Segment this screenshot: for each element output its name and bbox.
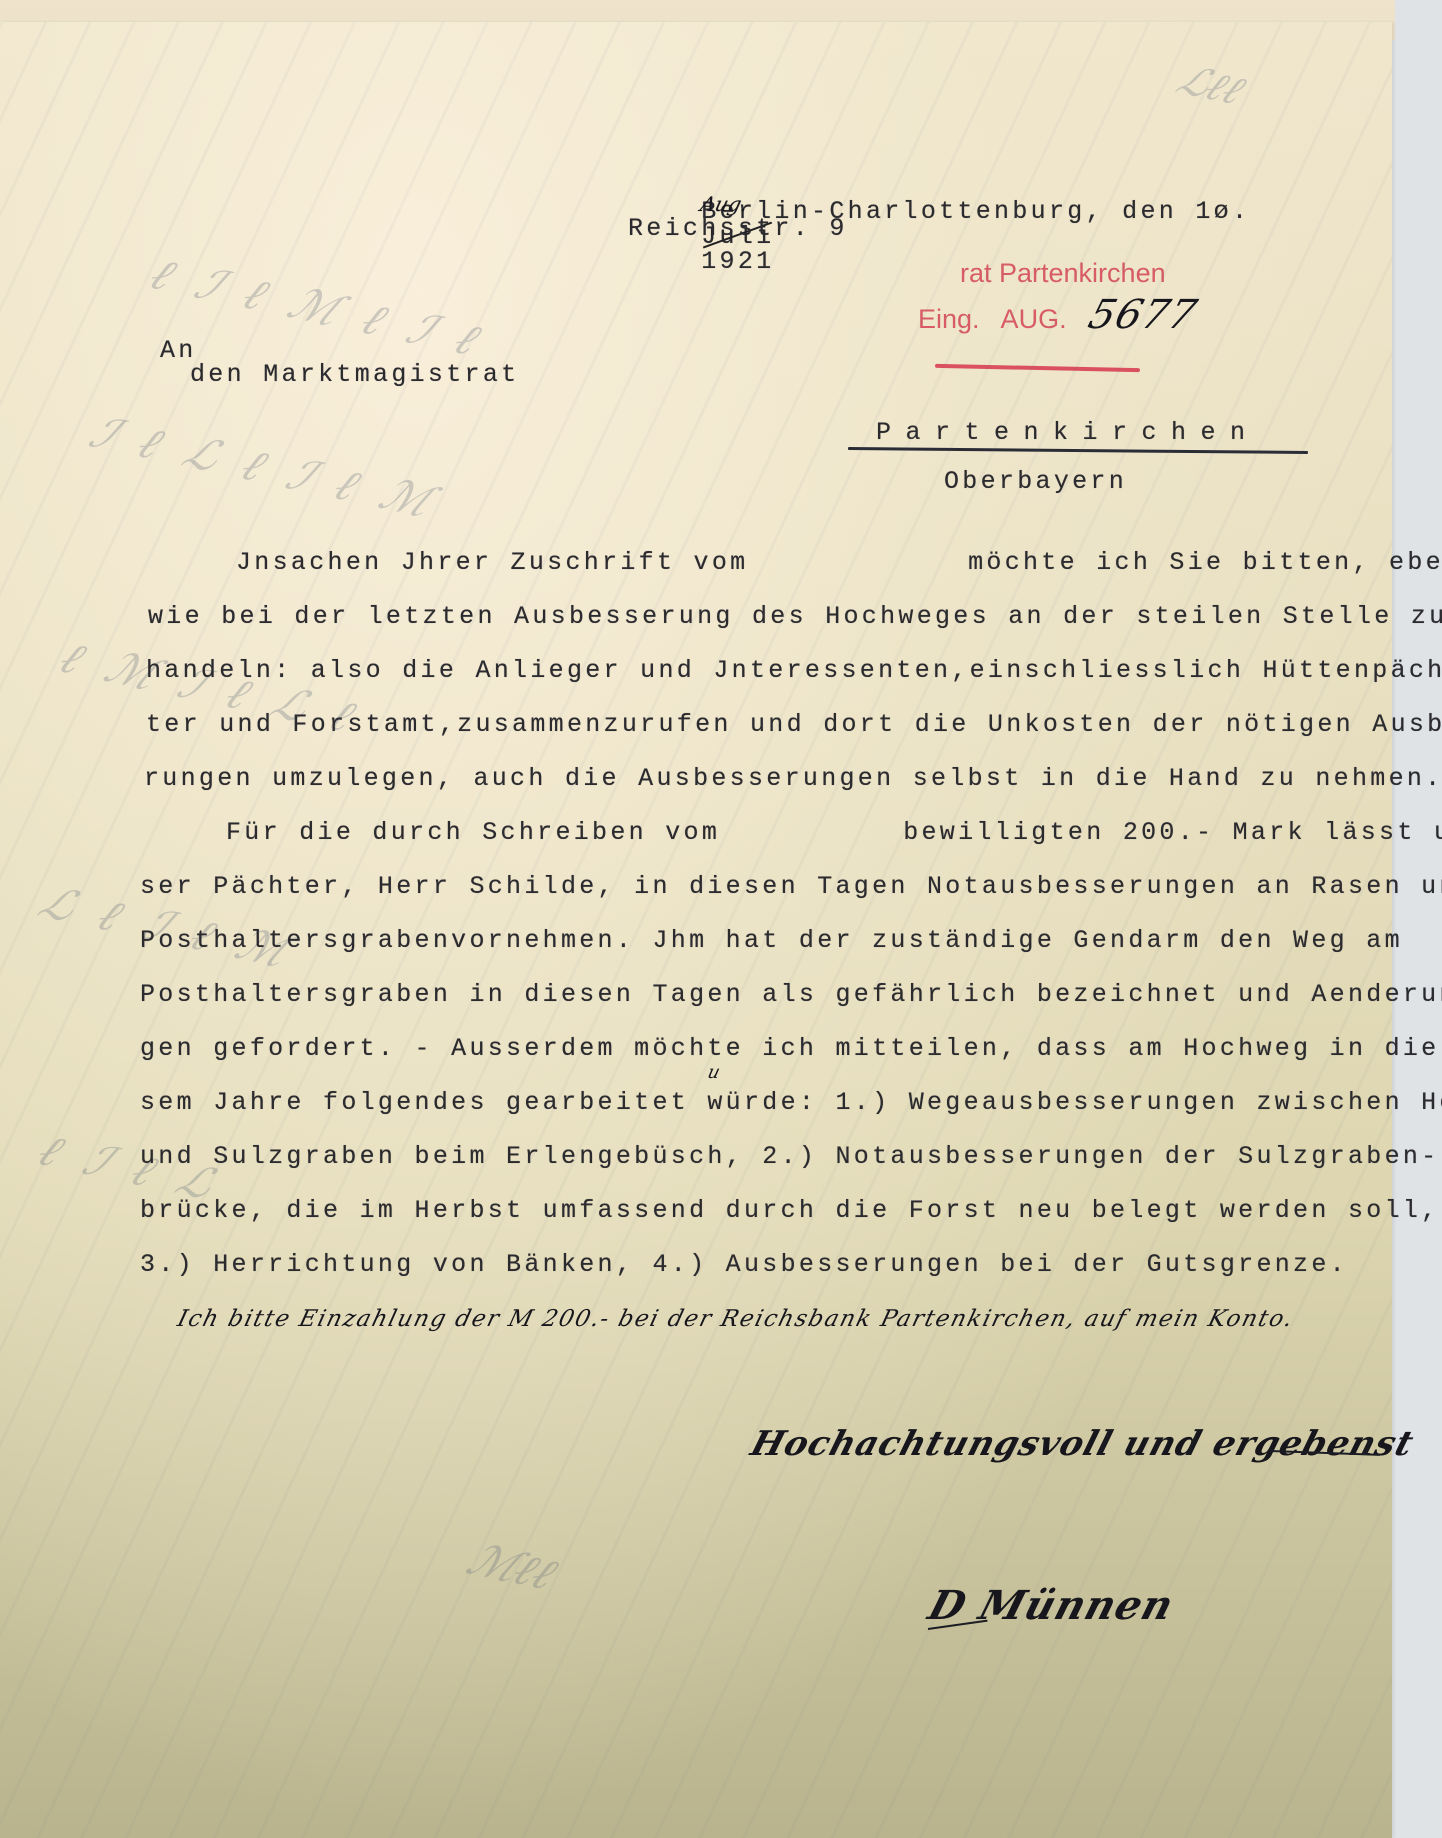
recipient-region: Oberbayern (944, 469, 1127, 494)
sender-address: Reichsstr. 9 (628, 216, 848, 241)
body-line: handeln: also die Anlieger und Jnteresse… (146, 658, 1442, 683)
bleed-through-signature: ℳℓℓ (458, 1536, 567, 1600)
letter-page: ℓ ℐ ℓ ℳ ℓ ℐ ℓ ℐ ℓ ℒ ℓ ℐ ℓ ℳ ℓ ℳ ℐ ℓ ℒ ℓ … (0, 22, 1392, 1838)
body-line: ter und Forstamt,zusammenzurufen und dor… (146, 712, 1442, 737)
stamp-underline (935, 364, 1140, 372)
bleed-through-number: ℒℓℓ (1168, 58, 1253, 114)
body-line: gen gefordert. - Ausserdem möchte ich mi… (140, 1036, 1442, 1061)
body-line: 3.) Herrichtung von Bänken, 4.) Ausbesse… (140, 1252, 1348, 1277)
body-line: ser Pächter, Herr Schilde, in diesen Tag… (140, 874, 1442, 899)
handwritten-postscript: Ich bitte Einzahlung der M 200.- bei der… (175, 1306, 1297, 1332)
handwritten-month-correction: Aug. (699, 194, 750, 214)
body-line: rungen umzulegen, auch die Ausbesserunge… (144, 766, 1442, 791)
receipt-stamp-line1: rat Partenkirchen (960, 258, 1166, 289)
handwritten-registry-number: 5677 (1083, 292, 1202, 338)
body-line: und Sulzgraben beim Erlengebüsch, 2.) No… (140, 1144, 1439, 1169)
body-line: Für die durch Schreiben vom bewilligten … (226, 820, 1442, 845)
recipient-name: den Marktmagistrat (190, 362, 519, 387)
city-underline (848, 447, 1308, 454)
body-line: sem Jahre folgendes gearbeitet würde: 1.… (140, 1090, 1442, 1115)
body-line: brücke, die im Herbst umfassend durch di… (140, 1198, 1439, 1223)
body-line: Posthaltersgrabenvornehmen. Jhm hat der … (140, 928, 1403, 953)
body-line: Jnsachen Jhrer Zuschrift vom möchte ich … (236, 550, 1442, 575)
recipient-city: Partenkirchen (876, 420, 1260, 445)
bleed-through-handwriting: ℐ ℓ ℒ ℓ ℐ ℓ ℳ (80, 409, 442, 527)
body-line: Posthaltersgraben in diesen Tagen als ge… (140, 982, 1442, 1007)
closing-salutation: Hochachtungsvoll und ergebenst (746, 1424, 1418, 1464)
signature: D Münnen (923, 1582, 1179, 1629)
year: 1921 (701, 247, 774, 276)
body-line: wie bei der letzten Ausbesserung des Hoc… (148, 604, 1442, 629)
handwritten-insertion: u (705, 1062, 723, 1083)
receipt-stamp-date: Eing. AUG. (918, 304, 1067, 335)
